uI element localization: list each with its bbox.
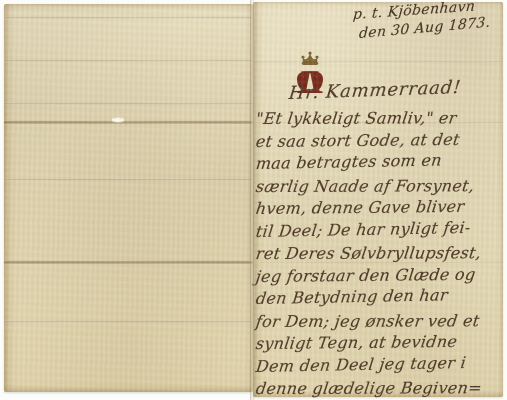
- crease-line: [4, 102, 253, 105]
- fold-line: [4, 120, 253, 124]
- handwriting-line: et saa stort Gode, at det: [255, 130, 461, 151]
- letter-photograph: D D p. t. Kjöbenhavn den 30 Aug 1873. Hr…: [0, 0, 507, 400]
- paper-tear-spot: [112, 118, 124, 122]
- handwriting-line: ret Deres Sølvbryllupsfest,: [255, 243, 483, 263]
- letter-page-left-blank: [4, 4, 253, 392]
- crease-line: [4, 16, 253, 19]
- crease-line: [4, 178, 253, 181]
- fold-line: [4, 260, 253, 264]
- crease-line: [4, 59, 253, 62]
- handwriting-line: til Deel; De har nyligt fei-: [255, 218, 472, 241]
- handwriting-line: "Et lykkeligt Samliv," er: [255, 108, 458, 128]
- handwriting-line: hvem, denne Gave bliver: [255, 197, 466, 218]
- handwriting-line: synligt Tegn, at bevidne: [255, 332, 459, 353]
- handwriting-line: særlig Naade af Forsynet,: [255, 176, 476, 196]
- crease-line: [253, 60, 503, 63]
- handwriting-line: denne glædelige Begiven=: [255, 378, 484, 398]
- crease-line: [4, 320, 253, 323]
- handwriting-line: maa betragtes som en: [255, 150, 443, 173]
- handwriting-line: Dem den Deel jeg tager i: [255, 353, 467, 376]
- handwriting-line: for Dem; jeg ønsker ved et: [255, 311, 481, 331]
- handwriting-line: den Betydning den har: [255, 285, 449, 308]
- handwriting-line: jeg forstaar den Glæde og: [255, 265, 477, 286]
- letter-page-right: D D p. t. Kjöbenhavn den 30 Aug 1873. Hr…: [253, 2, 503, 397]
- crown-icon: [302, 52, 319, 65]
